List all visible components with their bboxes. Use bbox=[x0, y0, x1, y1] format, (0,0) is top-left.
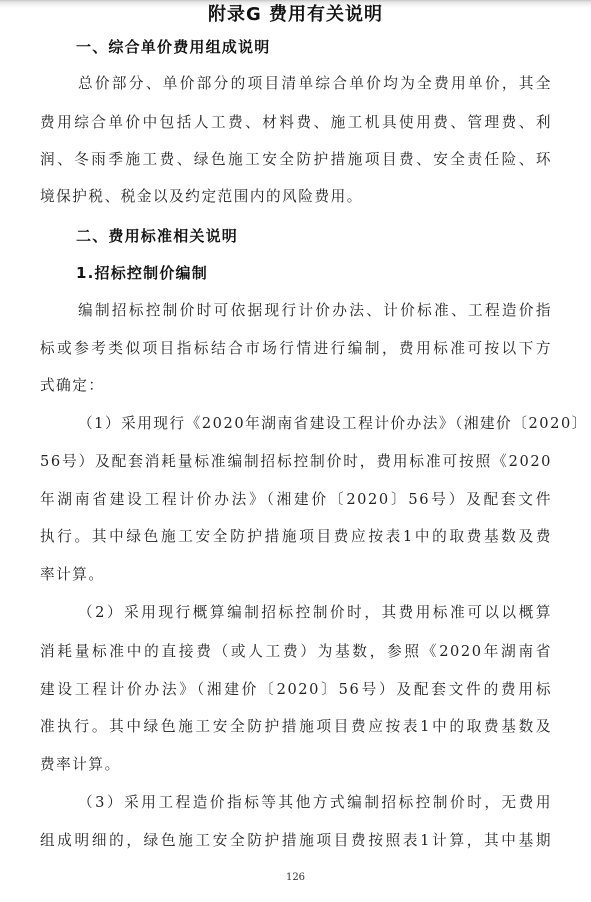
list-item-line: 费率计算。 bbox=[40, 755, 552, 775]
list-item-line: 年湖南省建设工程计价办法》（湘建价〔2020〕56号）及配套文件 bbox=[40, 490, 552, 510]
paragraph-line: 费用综合单价中包括人工费、材料费、施工机具使用费、管理费、利 bbox=[40, 113, 552, 133]
page-title: 附录G 费用有关说明 bbox=[0, 2, 591, 28]
section-heading-2: 二、费用标准相关说明 bbox=[76, 226, 238, 246]
list-item-line: 建设工程计价办法》（湘建价〔2020〕56号）及配套文件的费用标 bbox=[40, 680, 552, 700]
document-page: 附录G 费用有关说明 一、综合单价费用组成说明 总价部分、单价部分的项目清单综合… bbox=[0, 0, 591, 902]
paragraph-line: 润、冬雨季施工费、绿色施工安全防护措施项目费、安全责任险、环 bbox=[40, 150, 552, 170]
section-heading-1: 一、综合单价费用组成说明 bbox=[76, 37, 270, 57]
list-item-line: （3）采用工程造价指标等其他方式编制招标控制价时，无费用 bbox=[78, 793, 552, 813]
list-item-line: 执行。其中绿色施工安全防护措施项目费应按表1中的取费基数及费 bbox=[40, 527, 552, 547]
paragraph-line: 总价部分、单价部分的项目清单综合单价均为全费用单价，其全 bbox=[78, 74, 552, 94]
subsection-heading: 1.招标控制价编制 bbox=[76, 263, 208, 283]
paragraph-line: 编制招标控制价时可依据现行计价办法、计价标准、工程造价指 bbox=[78, 301, 552, 321]
list-item-line: （2）采用现行概算编制招标控制价时，其费用标准可以以概算 bbox=[78, 603, 552, 623]
paragraph-line: 式确定： bbox=[40, 376, 552, 396]
list-item-line: 率计算。 bbox=[40, 565, 552, 585]
paragraph-line: 境保护税、税金以及约定范围内的风险费用。 bbox=[40, 187, 552, 207]
page-number: 126 bbox=[0, 872, 591, 883]
paragraph-line: 标或参考类似项目指标结合市场行情进行编制，费用标准可按以下方 bbox=[40, 339, 552, 359]
list-item-line: 56号）及配套消耗量标准编制招标控制价时，费用标准可按照《2020 bbox=[40, 452, 552, 472]
list-item-line: 消耗量标准中的直接费（或人工费）为基数，参照《2020年湖南省 bbox=[40, 642, 552, 662]
list-item-line: 组成明细的，绿色施工安全防护措施项目费按照表1计算，其中基期 bbox=[40, 831, 552, 851]
list-item-line: 准执行。其中绿色施工安全防护措施项目费应按表1中的取费基数及 bbox=[40, 717, 552, 737]
list-item-line: （1）采用现行《2020年湖南省建设工程计价办法》（湘建价〔2020〕 bbox=[78, 414, 552, 434]
